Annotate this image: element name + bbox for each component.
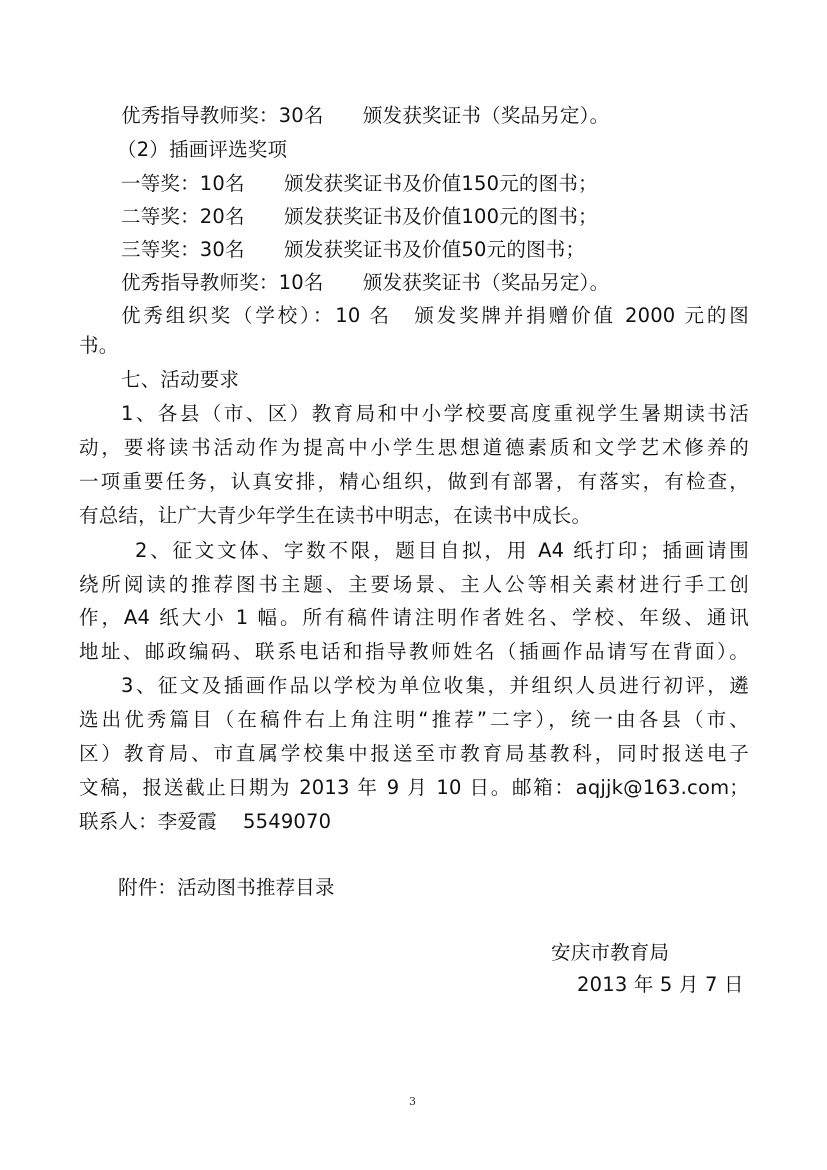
req-p2-line1: 2、征文文体、字数不限，题目自拟，用 A4 纸打印；插画请围 [135, 537, 749, 565]
req-p1-line4: 有总结，让广大青少年学生在读书中明志，在读书中成长。 [79, 502, 591, 530]
award-first: 一等奖：10名 颁发获奖证书及价值150元的图书； [121, 170, 598, 198]
req-p3-line3: 区）教育局、市直属学校集中报送至市教育局基教科，同时报送电子 [79, 740, 749, 768]
req-p2-line3: 作，A4 纸大小 1 幅。所有稿件请注明作者姓名、学校、年级、通讯 [79, 604, 749, 632]
req-p3-line4: 文稿，报送截止日期为 2013 年 9 月 10 日。邮箱：aqjjk@163.… [79, 774, 749, 802]
award-third: 三等奖：30名 颁发获奖证书及价值50元的图书； [121, 236, 585, 264]
signature-org: 安庆市教育局 [551, 939, 669, 967]
req-p1-line3: 一项重要任务，认真安排，精心组织，做到有部署，有落实，有检查， [79, 468, 749, 496]
award-organization: 优秀组织奖（学校）：10 名 颁发奖牌并捐赠价值 2000 元的图 [121, 302, 749, 330]
req-p3-line2: 选出优秀篇目（在稿件右上角注明“推荐”二字），统一由各县（市、 [79, 706, 749, 734]
requirements-heading: 七、活动要求 [121, 366, 239, 394]
req-p3-line5: 联系人：李爱霞 5549070 [79, 808, 331, 836]
req-p2-line2: 绕所阅读的推荐图书主题、主要场景、主人公等相关素材进行手工创 [79, 571, 749, 599]
req-p1-line1: 1、各县（市、区）教育局和中小学校要高度重视学生暑期读书活 [121, 400, 749, 428]
req-p2-line4: 地址、邮政编码、联系电话和指导教师姓名（插画作品请写在背面）。 [79, 638, 749, 666]
signature-date: 2013 年 5 月 7 日 [577, 971, 744, 999]
page-number: 3 [409, 1095, 416, 1108]
award-organization-cont: 书。 [79, 332, 118, 360]
req-p3-line1: 3、征文及插画作品以学校为单位收集，并组织人员进行初评，遴 [121, 672, 749, 700]
req-p1-line2: 动，要将读书活动作为提高中小学生思想道德素质和文学艺术修养的 [79, 434, 749, 462]
award-teacher: 优秀指导教师奖：10名 颁发获奖证书（奖品另定）。 [121, 269, 609, 297]
teacher-award-essay: 优秀指导教师奖：30名 颁发获奖证书（奖品另定）。 [121, 102, 609, 130]
illustration-awards-heading: （2）插画评选奖项 [117, 136, 287, 164]
attachment-note: 附件：活动图书推荐目录 [118, 874, 335, 902]
award-second: 二等奖：20名 颁发获奖证书及价值100元的图书； [121, 203, 598, 231]
